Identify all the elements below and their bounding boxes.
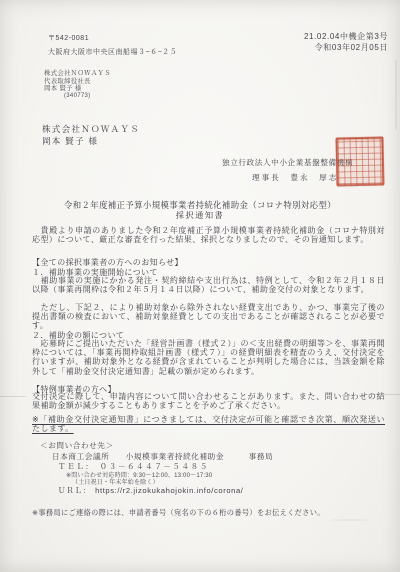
section1-paragraph2: ただし、下記２、により補助対象から除外されない経費支出であり、かつ、事業完了後の… [32, 303, 385, 331]
scan-artifact-line-left [0, 396, 26, 397]
scan-artifact-line-right [366, 394, 400, 395]
contact-url: ＵＲＬ： https://r2.jizokukahojokin.info/cor… [58, 485, 244, 496]
contact-header: ＜お問い合わせ先＞ [40, 440, 114, 451]
grant-decision-note: ※「補助金交付決定通知書」につきましては、交付決定が可能と確認でき次第、順次発送… [32, 415, 385, 433]
issue-date: 令和03年02月05日 [304, 42, 388, 53]
recipient-name: 岡本 賢子 様 [42, 135, 140, 147]
recipient-postal-code: 〒542-0081 [48, 34, 177, 44]
applicant-number: (340773) [64, 93, 111, 101]
recipient-company-small: 株式会社ＮＯＷＡＹＳ [44, 70, 111, 78]
intro-paragraph: 貴殿より申請のありました令和２年度補正予算小規模事業者持続化補助金（コロナ特別対… [32, 226, 385, 244]
special-paragraph: 交付決定に際して、申請内容について問い合わせることがあります。また、問い合わせの… [32, 392, 385, 410]
recipient-name-small: 岡本 賢子 様 [44, 85, 111, 93]
scan-artifact-edge [395, 60, 397, 130]
issuer-organization: 独立行政法人中小企業基盤整備機構 [222, 157, 353, 168]
scanned-notification-document: 21.02.04中機企第3号 令和03年02月05日 〒542-0081 大阪府… [0, 0, 400, 572]
document-title-line2: 採択通知書 [0, 210, 400, 221]
official-seal-stamp-icon [335, 137, 384, 187]
section2-paragraph1: 応募時にご提出いただいた「経営計画書（様式２）」の＜支出経費の明細等＞を、事業再… [32, 339, 385, 376]
recipient-main-block: 株式会社ＮＯＷＡＹＳ 岡本 賢子 様 [42, 123, 140, 147]
footer-note: ※事務局にご連絡の際には、申請者番号（宛名の下の６桁の番号）をお伝えください。 [32, 508, 388, 518]
recipient-company: 株式会社ＮＯＷＡＹＳ [42, 123, 140, 135]
reference-number: 21.02.04中機企第3号 [304, 31, 388, 42]
recipient-address: 大阪府大阪市中央区南船場３−６−２５ [48, 48, 177, 58]
issuer-chairman-line: 理事長 豊永 厚志 [252, 172, 338, 183]
scan-artifact-smudge [330, 519, 370, 521]
recipient-address-block: 〒542-0081 大阪府大阪市中央区南船場３−６−２５ [48, 34, 177, 58]
section1-paragraph1: 補助事業の実施にかかる発注・契約締結や支出行為は、特例として、令和２年２月１８日… [32, 276, 385, 294]
document-header-block: 21.02.04中機企第3号 令和03年02月05日 [304, 31, 388, 53]
recipient-small-block: 株式会社ＮＯＷＡＹＳ 代表取締役社長 岡本 賢子 様 (340773) [44, 70, 111, 100]
